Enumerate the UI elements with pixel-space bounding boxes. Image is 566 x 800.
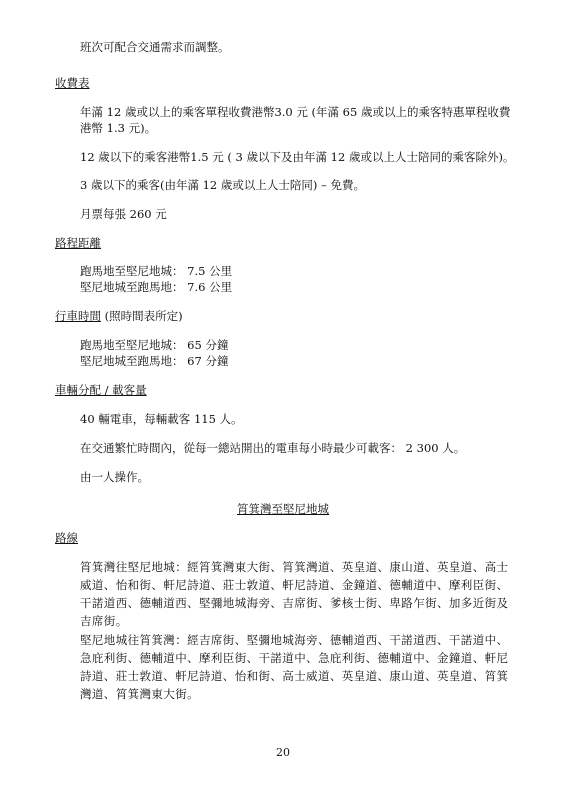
route-line: 急庇利街、德輔道中、摩利臣街、干諾道中、急庇利街、德輔道中、金鐘道、軒尼: [80, 649, 500, 667]
journey-time-line: 堅尼地城至跑馬地： 67 分鐘: [80, 352, 228, 370]
section-title: 筲箕灣至堅尼地城: [0, 500, 566, 518]
inbound-route-paragraph: 堅尼地城往筲箕灣：經吉席街、堅彌地城海旁、德輔道西、干諾道西、干諾道中、 急庇利…: [80, 631, 500, 703]
distance-line: 堅尼地城至跑馬地： 7.6 公里: [80, 278, 232, 296]
fare-infant: 3 歲以下的乘客(由年滿 12 歲或以上人士陪同) – 免費。: [80, 176, 365, 194]
journey-time-note: (照時間表所定): [101, 309, 183, 323]
journey-time-heading-row: 行車時間 (照時間表所定): [55, 307, 183, 325]
fare-monthly: 月票每張 260 元: [80, 205, 167, 223]
outbound-route-paragraph: 筲箕灣往堅尼地城：經筲箕灣東大街、筲箕灣道、英皇道、康山道、英皇道、高士 威道、…: [80, 558, 500, 630]
route-heading: 路線: [55, 529, 78, 547]
distance-heading: 路程距離: [55, 234, 101, 252]
fare-adult-line-2: 港幣 1.3 元)。: [80, 119, 156, 137]
page-number: 20: [0, 746, 566, 759]
journey-time-heading: 行車時間: [55, 309, 101, 323]
intro-paragraph: 班次可配合交通需求而調整。: [80, 38, 230, 56]
route-line: 威道、怡和街、軒尼詩道、莊士敦道、軒尼詩道、金鐘道、德輔道中、摩利臣街、: [80, 576, 500, 594]
document-page: 班次可配合交通需求而調整。 收費表 年滿 12 歲或以上的乘客單程收費港幣3.0…: [0, 0, 566, 800]
fares-heading: 收費表: [55, 74, 90, 92]
route-line: 干諾道西、德輔道西、堅彌地城海旁、吉席街、爹核士街、卑路乍街、加多近街及: [80, 594, 500, 612]
route-line: 灣道、筲箕灣東大街。: [80, 685, 500, 703]
capacity-heading: 車輛分配 / 載客量: [55, 381, 147, 399]
route-line: 吉席街。: [80, 612, 500, 630]
capacity-fleet: 40 輛電車，每輛載客 115 人。: [80, 410, 243, 428]
capacity-peak: 在交通繁忙時間內，從每一總站開出的電車每小時最少可載客： 2 300 人。: [80, 439, 465, 457]
route-line: 筲箕灣往堅尼地城：經筲箕灣東大街、筲箕灣道、英皇道、康山道、英皇道、高士: [80, 558, 500, 576]
capacity-operation: 由一人操作。: [80, 468, 149, 486]
route-line: 堅尼地城往筲箕灣：經吉席街、堅彌地城海旁、德輔道西、干諾道西、干諾道中、: [80, 631, 500, 649]
fare-child: 12 歲以下的乘客港幣1.5 元 ( 3 歲以下及由年滿 12 歲或以上人士陪同…: [80, 148, 514, 166]
route-line: 詩道、莊士敦道、軒尼詩道、怡和街、高士威道、英皇道、康山道、英皇道、筲箕: [80, 667, 500, 685]
